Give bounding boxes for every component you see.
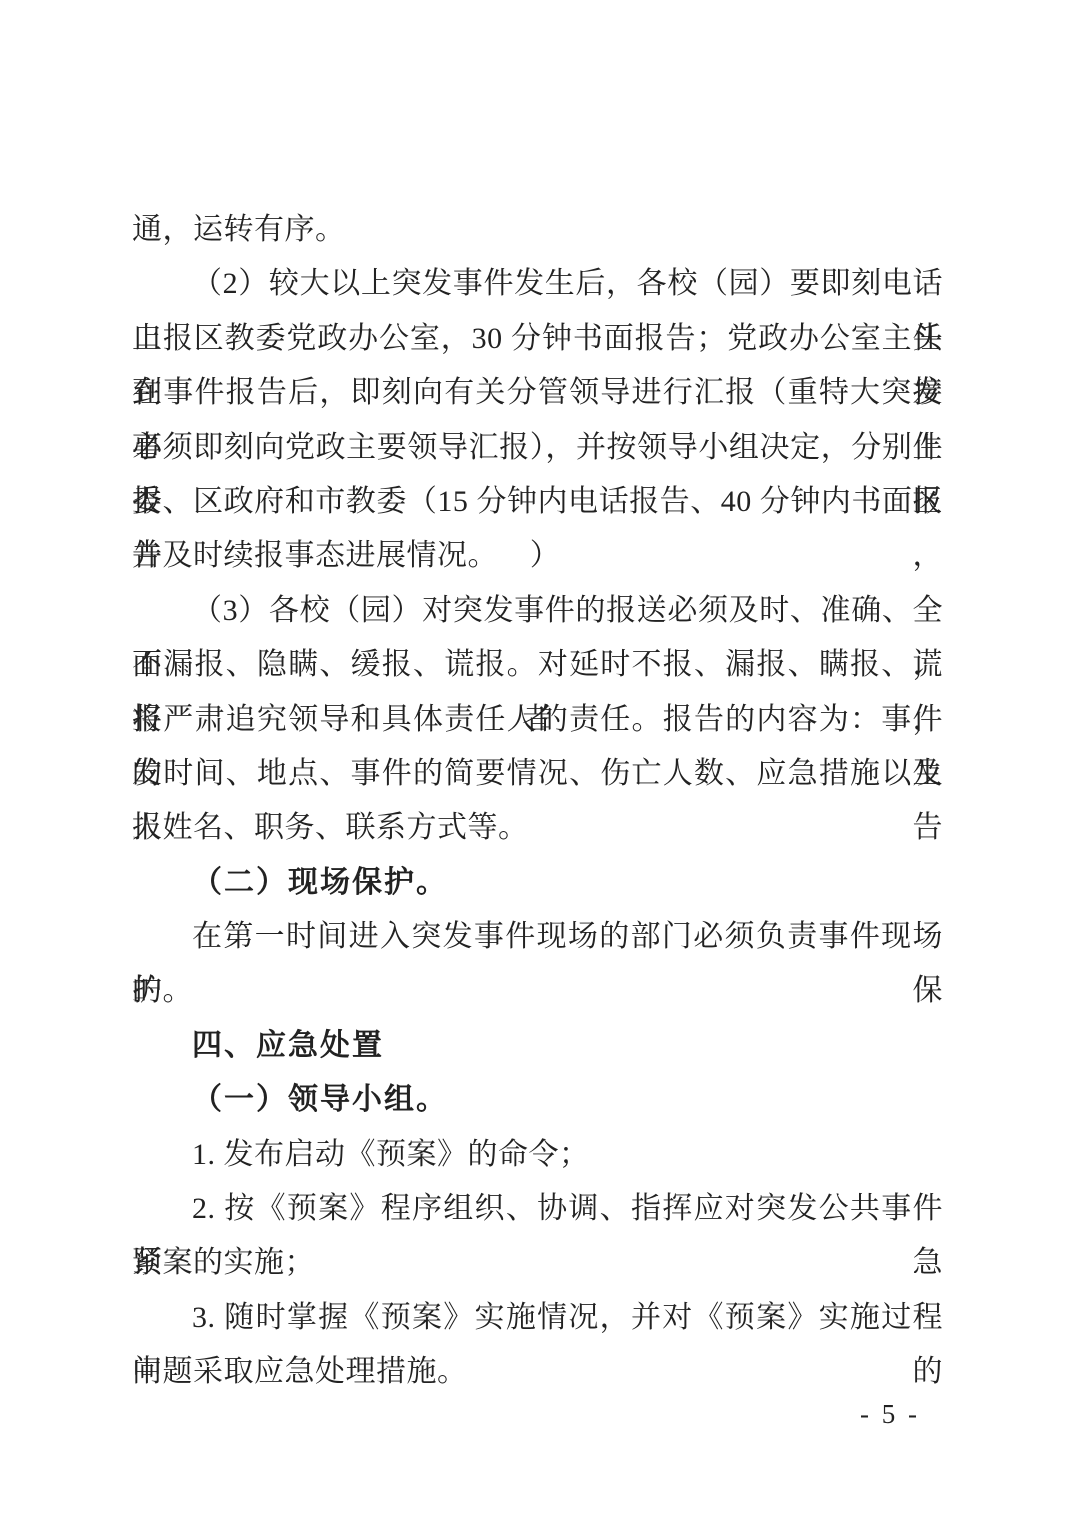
text-line: 上报区教委党政办公室，30 分钟书面报告；党政办公室主任在接 (132, 312, 943, 366)
document-page: 通，运转有序。（2）较大以上突发事件发生后，各校（园）要即刻电话口头上报区教委党… (0, 0, 1074, 1520)
text-line: 2. 按《预案》程序组织、协调、指挥应对突发公共事件紧急 (132, 1182, 943, 1236)
text-line: 必须即刻向党政主要领导汇报），并按领导小组决定，分别上报区 (132, 421, 943, 475)
text-line: 通，运转有序。 (132, 203, 943, 257)
text-line: （2）较大以上突发事件发生后，各校（园）要即刻电话口头 (132, 257, 943, 311)
text-line: （二）现场保护。 (132, 856, 943, 910)
text-line: （3）各校（园）对突发事件的报送必须及时、准确、全面， (132, 584, 943, 638)
text-line: 四、应急处置 (132, 1019, 943, 1073)
text-line: （一）领导小组。 (132, 1073, 943, 1127)
document-body: 通，运转有序。（2）较大以上突发事件发生后，各校（园）要即刻电话口头上报区教委党… (132, 203, 943, 1400)
text-line: 3. 随时掌握《预案》实施情况，并对《预案》实施过程中的 (132, 1291, 943, 1345)
text-line: 委、区政府和市教委（15 分钟内电话报告、40 分钟内书面报告）， (132, 475, 943, 529)
text-line: 在第一时间进入突发事件现场的部门必须负责事件现场的保 (132, 910, 943, 964)
text-line: 将严肃追究领导和具体责任人的责任。报告的内容为：事件发生 (132, 693, 943, 747)
text-line: 1. 发布启动《预案》的命令； (132, 1128, 943, 1182)
page-number: - 5 - (852, 1397, 928, 1431)
text-line: 的时间、地点、事件的简要情况、伤亡人数、应急措施以及报告 (132, 747, 943, 801)
text-line: 到事件报告后，即刻向有关分管领导进行汇报（重特大突发事件 (132, 366, 943, 420)
text-line: 不漏报、隐瞒、缓报、谎报。对延时不报、漏报、瞒报、谎报者， (132, 638, 943, 692)
